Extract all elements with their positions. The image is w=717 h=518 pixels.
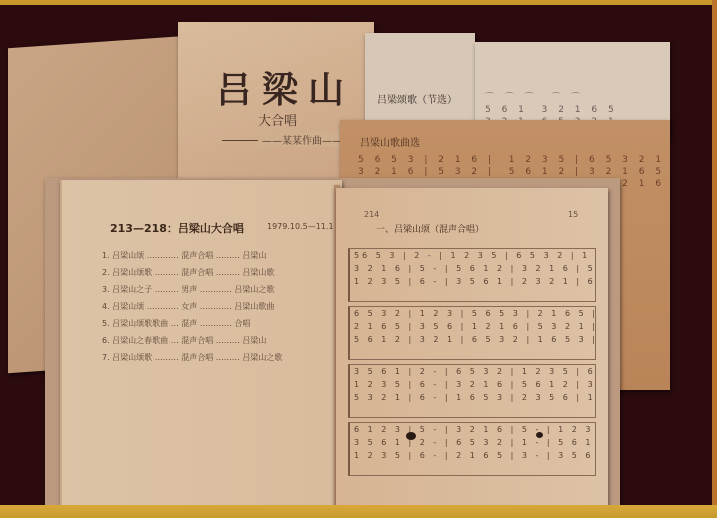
score-sheet-title: 吕梁颂歌（节选） (377, 91, 457, 106)
toc-item: 5. 吕梁山颂歌歌曲 … 混声 ………… 合唱 (102, 318, 322, 335)
frame-top (0, 0, 717, 5)
toc-item: 2. 吕梁山颂歌 ……… 混声合唱 ……… 吕梁山歌 (102, 267, 322, 284)
section-title: 一、吕梁山颂（混声合唱） (376, 222, 484, 235)
toc-item: 3. 吕梁山之子 ……… 男声 ………… 吕梁山之歌 (102, 284, 322, 301)
cover-title: 吕梁山 (216, 62, 354, 113)
table-of-contents: 1. 吕梁山颂 ………… 混声合唱 ……… 吕梁山 2. 吕梁山颂歌 ……… 混… (102, 250, 322, 369)
notebook-date: 1979.10.5—11.15 (267, 222, 339, 231)
score-system: 6 1 2 3 | 5 - | 3 2 1 6 | 5 - | 1 2 3 5 … (348, 422, 596, 476)
cover-author: ——某某作曲—— (258, 132, 346, 147)
notebook-left-page: 213—218：吕梁山大合唱 1979.10.5—11.15 1. 吕梁山颂 …… (60, 180, 342, 508)
frame-bottom (0, 505, 717, 518)
toc-item: 7. 吕梁山颂歌 ……… 混声合唱 ……… 吕梁山之歌 (102, 352, 322, 369)
score-system: 3 5 6 1 | 2 - | 6 5 3 2 | 1 2 3 5 | 6 - … (348, 364, 596, 418)
notebook-right-page: 214 15 一、吕梁山颂（混声合唱） 5̇6 5 3 | 2 - | 1 2 … (336, 188, 608, 510)
ink-blot (536, 432, 543, 438)
notebook-header: 213—218：吕梁山大合唱 (110, 220, 244, 236)
frame-right (712, 0, 717, 518)
score-sheet-left: 吕梁颂歌（节选） (365, 33, 475, 133)
page-number-right: 15 (568, 210, 578, 219)
toc-item: 1. 吕梁山颂 ………… 混声合唱 ……… 吕梁山 (102, 250, 322, 267)
cover-subtitle: 大合唱 (258, 110, 297, 129)
aged-sheet-title: 吕梁山歌曲选 (360, 134, 420, 149)
toc-item: 4. 吕梁山颂 ………… 女声 ………… 吕梁山歌曲 (102, 301, 322, 318)
toc-item: 6. 吕梁山之春歌曲 … 混声合唱 ……… 吕梁山 (102, 335, 322, 352)
score-system: 5̇6 5 3 | 2 - | 1 2 3 5 | 6 5 3 2 | 1 6 … (348, 248, 596, 302)
score-system: 6 5 3 2 | 1 2 3 | 5 6 5 3 | 2 1 6 5 | 3 … (348, 306, 596, 360)
page-number-left: 214 (364, 210, 379, 219)
ink-blot (406, 432, 416, 440)
